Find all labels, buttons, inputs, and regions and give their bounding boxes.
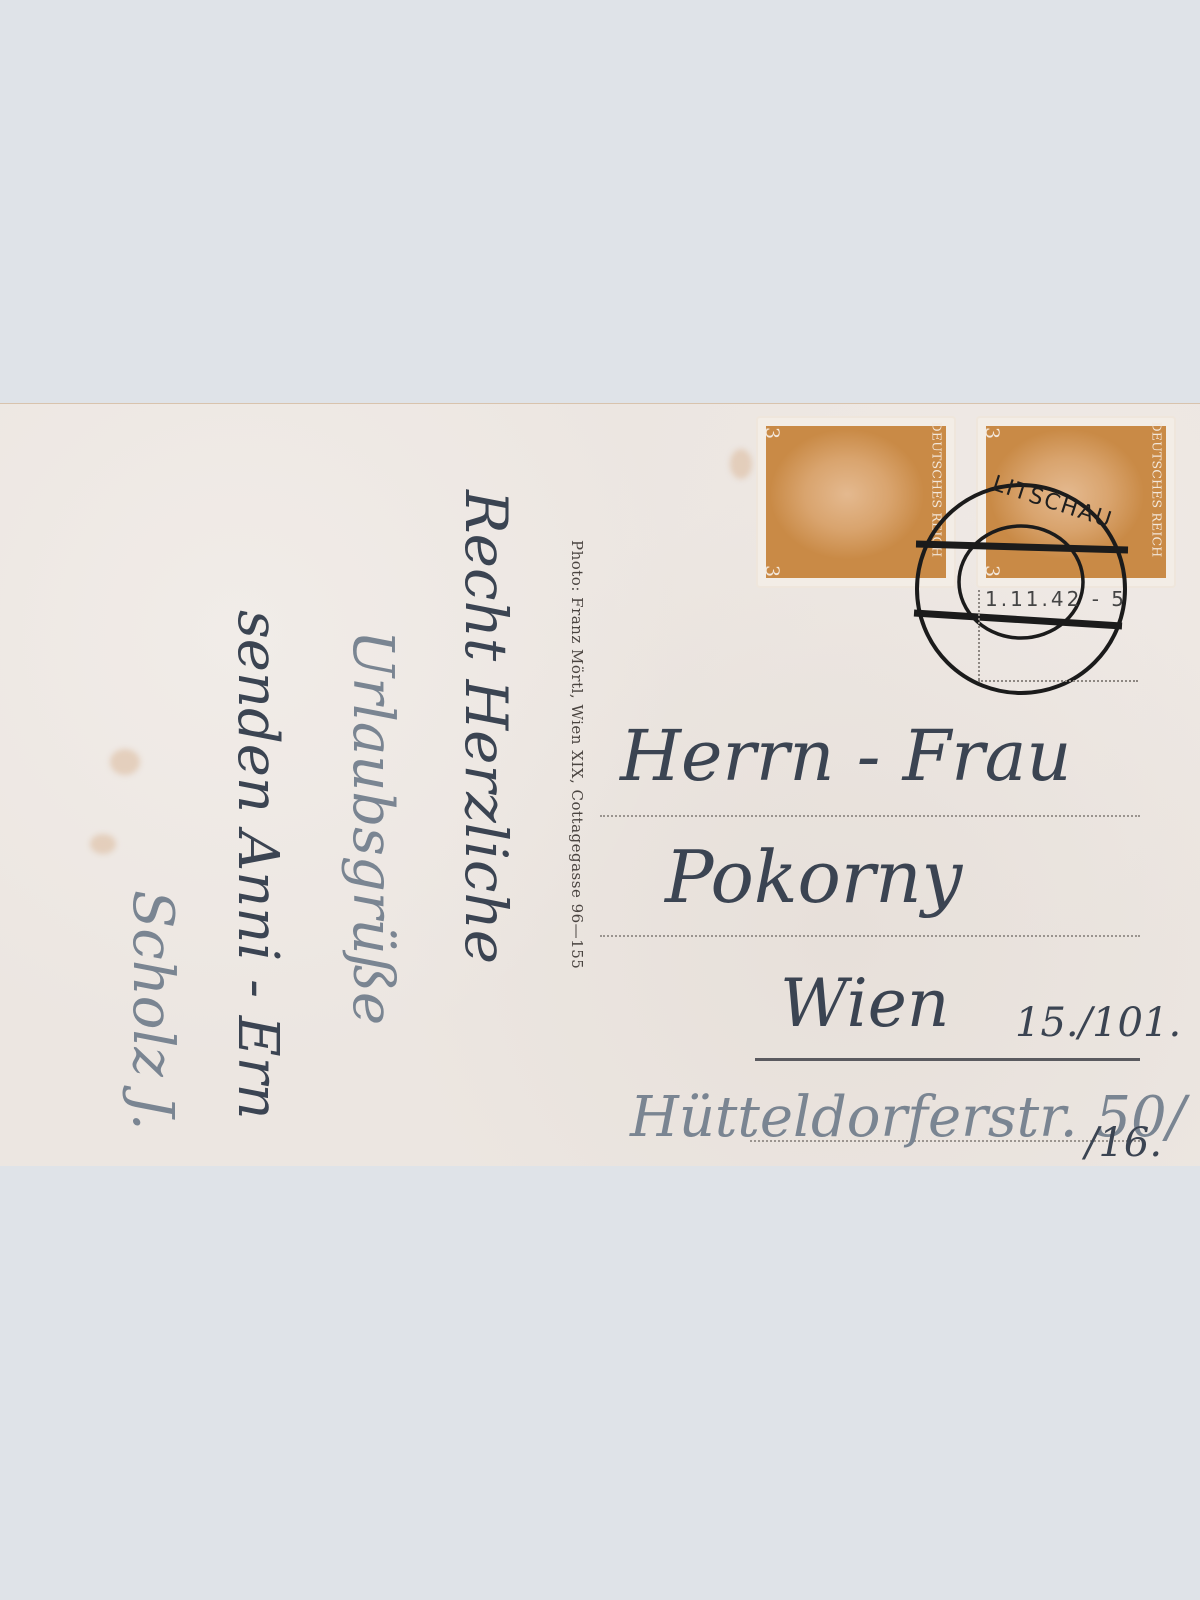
age-stain [110,749,140,775]
address-apartment: /16. [1085,1120,1162,1166]
stamp-denomination: 3 [981,427,1003,439]
address-line [600,815,1140,817]
message-signature: Scholz J. [120,890,185,1131]
message-line: senden Anni - Ern [225,610,290,1120]
address-district: 15./101. [1015,1000,1181,1046]
address-line-underline [755,1058,1140,1061]
message-line: Urlaubsgrüße [340,630,405,1025]
age-stain [730,449,752,479]
address-line [600,935,1140,937]
postmark-date: 1.11.42 - 5 [985,587,1127,611]
stamp-box-guide [978,680,1138,682]
age-stain [90,834,116,854]
stamp-country: DEUTSCHES REICH [1150,415,1165,565]
address-recipient: Herrn - Frau [620,715,1071,797]
address-city: Wien [780,965,949,1042]
address-name: Pokorny [665,835,962,919]
stamp-box-guide [978,590,980,680]
message-line: Recht Herzliche [452,490,520,964]
stamp-denomination: 3 [761,427,783,439]
photo-credit: Photo: Franz Mörtl, Wien XIX, Cottagegas… [568,540,586,969]
stamp-denomination: 3 [761,565,783,577]
